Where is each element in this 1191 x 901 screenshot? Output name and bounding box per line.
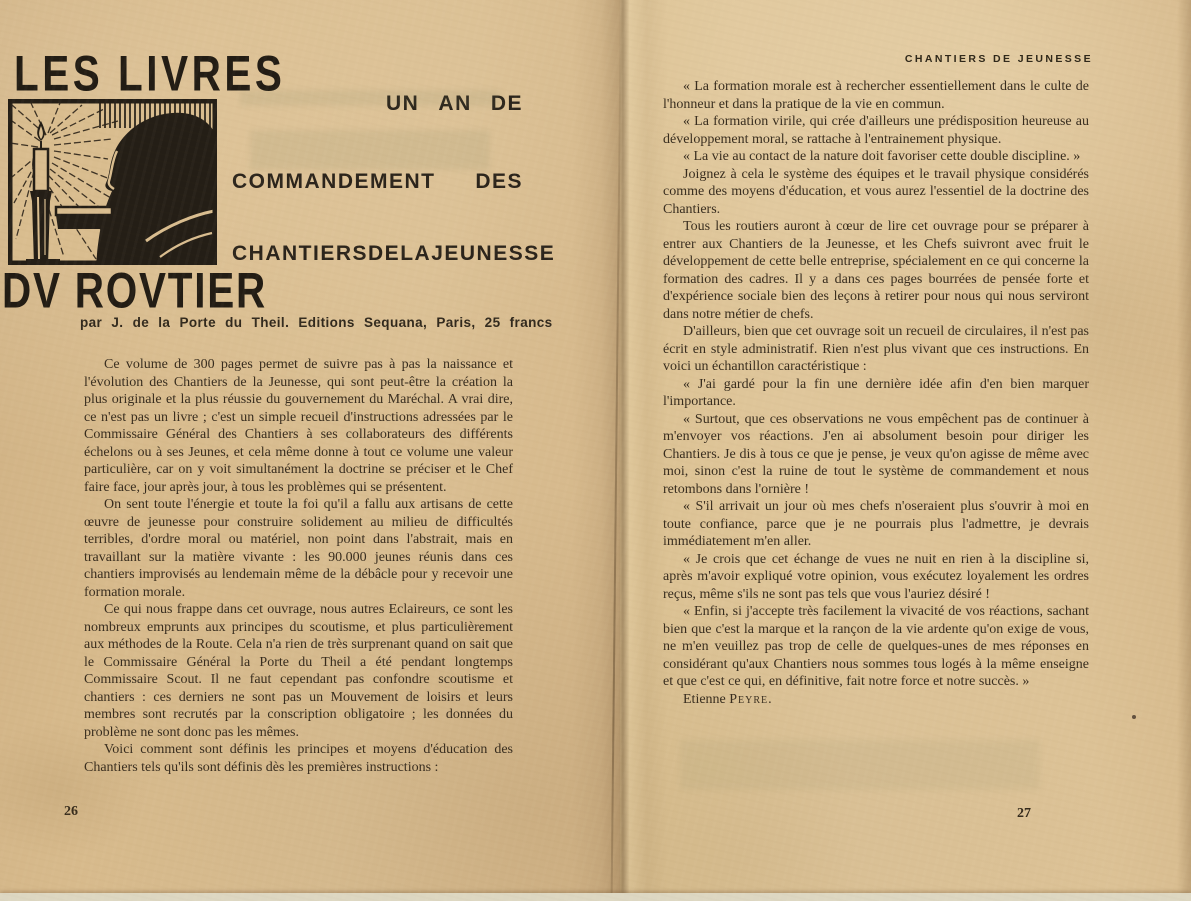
book-title-word: UN bbox=[386, 92, 419, 116]
magazine-section-title-line1: LES LIVRES bbox=[14, 44, 285, 102]
right-body-column: « La formation morale est à rechercher e… bbox=[663, 78, 1089, 708]
paragraph: On sent toute l'énergie et toute la foi … bbox=[84, 496, 513, 601]
book-title-word: DE bbox=[368, 242, 400, 266]
magazine-section-title-line2: DV ROVTIER bbox=[2, 261, 267, 319]
paragraph: Tous les routiers auront à cœur de lire … bbox=[663, 218, 1089, 323]
paragraph: Joignez à cela le système des équipes et… bbox=[663, 166, 1089, 219]
paragraph: « J'ai gardé pour la fin une dernière id… bbox=[663, 376, 1089, 411]
book-title-line1: UN AN DE bbox=[386, 92, 523, 116]
book-title-line2: COMMANDEMENT DES bbox=[232, 170, 523, 194]
paragraph: Voici comment sont définis les principes… bbox=[84, 741, 513, 776]
book-spread-scan: LES LIVRES bbox=[0, 0, 1191, 901]
bleed-through-smudge bbox=[680, 740, 1040, 790]
book-title-word: JEUNESSE bbox=[431, 242, 555, 266]
book-title-word: AN bbox=[438, 92, 471, 116]
signature-first-name: Etienne bbox=[683, 692, 729, 707]
book-title-line3: CHANTIERS DE LA JEUNESSE bbox=[232, 242, 525, 266]
book-title-word: COMMANDEMENT bbox=[232, 170, 435, 194]
bleed-through-smudge bbox=[250, 130, 490, 170]
paragraph: « Surtout, que ces observations ne vous … bbox=[663, 411, 1089, 499]
paragraph: Ce qui nous frappe dans cet ouvrage, nou… bbox=[84, 601, 513, 741]
page-left: LES LIVRES bbox=[0, 0, 620, 901]
book-title-word: LA bbox=[400, 242, 431, 266]
page-number-left: 26 bbox=[64, 804, 78, 820]
paragraph: Ce volume de 300 pages permet de suivre … bbox=[84, 356, 513, 496]
candle-reader-woodcut-icon bbox=[8, 99, 217, 265]
paragraph: « La formation virile, qui crée d'ailleu… bbox=[663, 113, 1089, 148]
ink-speck bbox=[1132, 715, 1136, 719]
author-signature: Etienne Peyre. bbox=[663, 691, 1089, 709]
byline: par J. de la Porte du Theil. Editions Se… bbox=[80, 315, 516, 330]
page-number-right: 27 bbox=[1017, 806, 1031, 822]
book-title-word: CHANTIERS bbox=[232, 242, 368, 266]
paragraph: D'ailleurs, bien que cet ouvrage soit un… bbox=[663, 323, 1089, 376]
paragraph: « La vie au contact de la nature doit fa… bbox=[663, 148, 1089, 166]
paragraph: « Enfin, si j'accepte très facilement la… bbox=[663, 603, 1089, 691]
paragraph: « La formation morale est à rechercher e… bbox=[663, 78, 1089, 113]
book-title-word: DES bbox=[475, 170, 523, 194]
paragraph: « S'il arrivait un jour où mes chefs n'o… bbox=[663, 498, 1089, 551]
signature-last-name: Peyre. bbox=[729, 692, 772, 707]
paragraph: « Je crois que cet échange de vues ne nu… bbox=[663, 551, 1089, 604]
left-body-column: Ce volume de 300 pages permet de suivre … bbox=[84, 356, 513, 776]
running-header: CHANTIERS DE JEUNESSE bbox=[663, 53, 1093, 65]
page-right: CHANTIERS DE JEUNESSE « La formation mor… bbox=[620, 0, 1191, 901]
book-title-word: DE bbox=[491, 92, 523, 116]
